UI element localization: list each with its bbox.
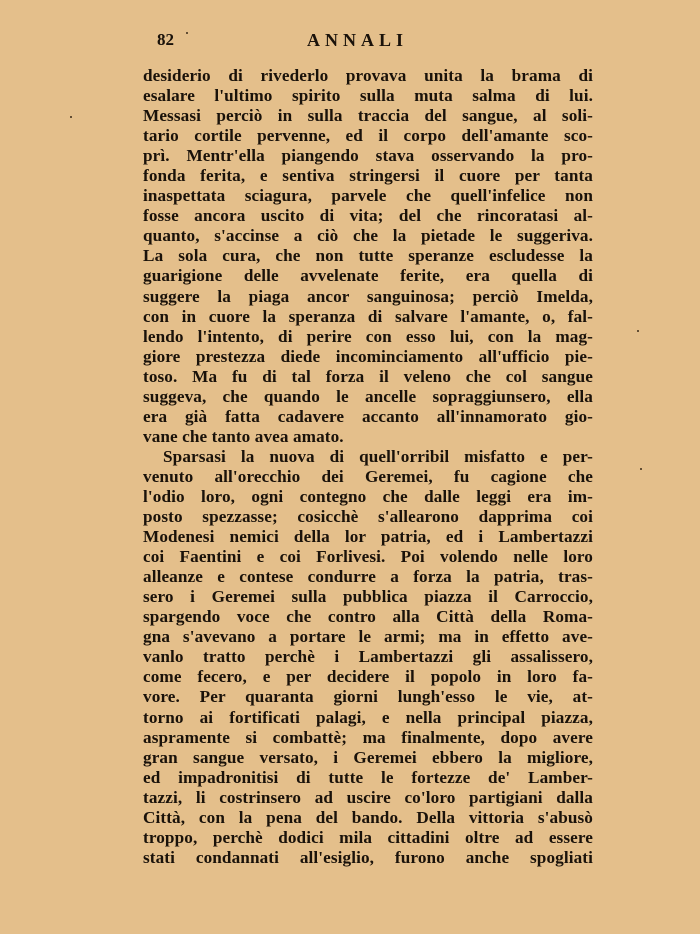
running-title: ANNALI <box>307 30 408 51</box>
text-line: gran sangue versato, i Geremei ebbero la… <box>143 748 593 768</box>
text-line: era già fatta cadavere accanto all'innam… <box>143 407 593 427</box>
text-line: La sola cura, che non tutte speranze esc… <box>143 246 593 266</box>
text-line: sero i Geremei sulla pubblica piazza il … <box>143 587 593 607</box>
text-line: gna s'avevano a portare le armi; ma in e… <box>143 627 593 647</box>
text-line: torno ai fortificati palagi, e nella pri… <box>143 708 593 728</box>
text-line: l'odio loro, ogni contegno che dalle leg… <box>143 487 593 507</box>
text-line: vore. Per quaranta giorni lungh'esso le … <box>143 687 593 707</box>
text-line: fosse ancora uscito di vita; del che rin… <box>143 206 593 226</box>
paper-speck <box>186 32 188 34</box>
page-number: 82 <box>157 30 174 50</box>
text-line: Città, con la pena del bando. Della vitt… <box>143 808 593 828</box>
text-line: coi Faentini e coi Forlivesi. Poi volend… <box>143 547 593 567</box>
text-line: desiderio di rivederlo provava unita la … <box>143 66 593 86</box>
text-line: come fecero, e per decidere il popolo in… <box>143 667 593 687</box>
text-line: troppo, perchè dodici mila cittadini olt… <box>143 828 593 848</box>
text-line: toso. Ma fu di tal forza il veleno che c… <box>143 367 593 387</box>
text-line: stati condannati all'esiglio, furono anc… <box>143 848 593 868</box>
text-line: suggere la piaga ancor sanguinosa; perci… <box>143 287 593 307</box>
page-header: 82 ANNALI <box>157 30 597 54</box>
book-page: 82 ANNALI desiderio di rivederlo provava… <box>0 0 700 934</box>
text-line: esalare l'ultimo spirito sulla muta salm… <box>143 86 593 106</box>
text-line: venuto all'orecchio dei Geremei, fu cagi… <box>143 467 593 487</box>
text-line: spargendo voce che contro alla Città del… <box>143 607 593 627</box>
paper-speck <box>637 330 639 332</box>
text-line: quanto, s'accinse a ciò che la pietade l… <box>143 226 593 246</box>
text-line: tario cortile pervenne, ed il corpo dell… <box>143 126 593 146</box>
paper-speck <box>640 468 642 470</box>
text-line: prì. Mentr'ella piangendo stava osservan… <box>143 146 593 166</box>
text-line: suggeva, che quando le ancelle sopraggiu… <box>143 387 593 407</box>
text-line: lendo l'intento, di perire con esso lui,… <box>143 327 593 347</box>
text-line: aspramente si combattè; ma finalmente, d… <box>143 728 593 748</box>
text-line: fonda ferita, e sentiva stringersi il cu… <box>143 166 593 186</box>
text-line: alleanze e contese condurre a forza la p… <box>143 567 593 587</box>
text-line: ed impadronitisi di tutte le fortezze de… <box>143 768 593 788</box>
text-line: vanlo tratto perchè i Lambertazzi gli as… <box>143 647 593 667</box>
text-line: tazzi, li costrinsero ad uscire co'loro … <box>143 788 593 808</box>
text-line: vane che tanto avea amato. <box>143 427 593 447</box>
text-line: Messasi perciò in sulla traccia del sang… <box>143 106 593 126</box>
text-line: guarigione delle avvelenate ferite, era … <box>143 266 593 286</box>
text-line: con in cuore la speranza di salvare l'am… <box>143 307 593 327</box>
text-line: Sparsasi la nuova di quell'orribil misfa… <box>143 447 593 467</box>
text-line: giore prestezza diede incominciamento al… <box>143 347 593 367</box>
text-line: Modenesi nemici della lor patria, ed i L… <box>143 527 593 547</box>
text-line: posto spezzasse; cosicchè s'allearono da… <box>143 507 593 527</box>
paper-speck <box>70 116 72 118</box>
body-text: desiderio di rivederlo provava unita la … <box>143 66 593 868</box>
paragraph-2: Sparsasi la nuova di quell'orribil misfa… <box>143 447 593 868</box>
paragraph-1: desiderio di rivederlo provava unita la … <box>143 66 593 447</box>
text-line: inaspettata sciagura, parvele che quell'… <box>143 186 593 206</box>
